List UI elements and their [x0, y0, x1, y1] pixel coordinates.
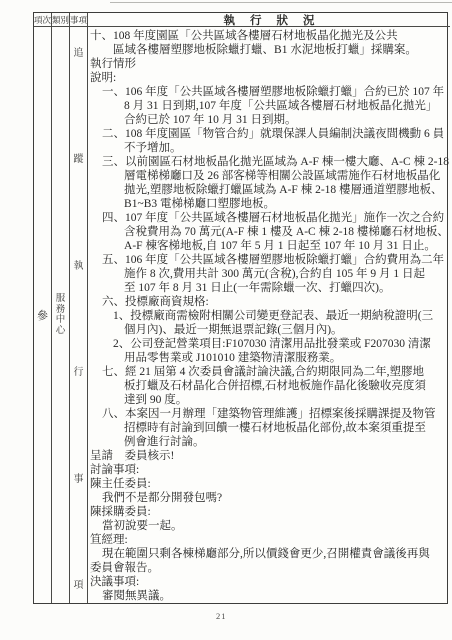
- execution-status-header: 執行狀況: [88, 13, 450, 27]
- content-line: 個月內)、最近一期無退票記錄(三個月內)。: [90, 323, 449, 337]
- content-line: 拋光,塑膠地板除蠟打蠟區域為 A-F 棟 2-18 樓層通道塑膠地板、: [90, 183, 449, 197]
- content-line: 招標時有討論到回饋一樓石材地板晶化部份,故本案須重提至: [90, 421, 449, 435]
- content-line: 七、經 21 屆第 4 次委員會議討論決議,合約期限同為二年,塑膠地: [90, 365, 449, 379]
- vertical-char: 追: [74, 44, 84, 59]
- content-line: 施作 8 次,費用共計 300 萬元(含稅),合約自 105 年 9 月 1 日…: [90, 267, 449, 281]
- content-line: 六、投標廠商資規格:: [90, 295, 449, 309]
- content-line: B1~B3 電梯梯廳口塑膠地板。: [90, 197, 449, 211]
- page-number: 21: [216, 611, 227, 621]
- matter-header: 事項: [70, 13, 87, 27]
- column-matter: 事項 追蹤執行事項: [70, 13, 88, 603]
- content-line: 二、108 年度園區「物管合約」就環保課人員編制決議夜間機動 6 員: [90, 127, 449, 141]
- content-line: 四、107 年度「公共區域各樓層石材地板晶化拋光」施作一次之合約: [90, 211, 449, 225]
- content-line: 不予增加。: [90, 141, 449, 155]
- vertical-char: 心: [56, 326, 66, 337]
- content-line: A-F 棟客梯地板,自 107 年 5 月 1 日起至 107 年 10 月 3…: [90, 239, 449, 253]
- minutes-table: 項次 參 類別 服務中心 事項 追蹤執行事項 執行狀況 十、108 年度園區「公…: [33, 12, 448, 604]
- content-line: 說明:: [90, 71, 449, 85]
- content-line: 委員會報告。: [90, 561, 449, 575]
- column-execution-status: 執行狀況 十、108 年度園區「公共區域各樓層石材地板晶化拋光及公共區域各樓層塑…: [88, 13, 450, 603]
- content-line: 達到 90 度。: [90, 393, 449, 407]
- vertical-char: 執: [74, 257, 84, 272]
- content-line: 含稅費用為 70 萬元(A-F 棟 1 樓及 A-C 棟 2-18 樓梯廳石材地…: [90, 225, 449, 239]
- content-line: 五、106 年度「公共區域各樓層塑膠地板除蠟打蠟」合約費用為二年: [90, 253, 449, 267]
- content-line: 層電梯梯廳口及 26 部客梯等相關公設區域需施作石材地板晶化: [90, 169, 449, 183]
- execution-status-cell: 十、108 年度園區「公共區域各樓層石材地板晶化拋光及公共區域各樓層塑膠地板除蠟…: [88, 27, 450, 603]
- vertical-char: 項: [74, 576, 84, 591]
- vertical-char: 務: [56, 305, 66, 316]
- content-line: 八、本案因一月辦理「建築物管理維護」招標案後採購課提及物管: [90, 407, 449, 421]
- category-cell: 服務中心: [52, 27, 69, 603]
- content-line: 審閱無異議。: [90, 589, 449, 603]
- content-line: 我們不是都分開發包嗎?: [90, 491, 449, 505]
- content-line: 當初說要一起。: [90, 519, 449, 533]
- top-divider-line: [110, 2, 452, 3]
- content-line: 1、投標廠商需檢附相關公司變更登記表、最近一期納稅證明(三: [90, 309, 449, 323]
- content-line: 用品零售業或 J101010 建築物清潔服務業。: [90, 351, 449, 365]
- content-line: 8 月 31 日到期,107 年度「公共區域各樓層石材地板晶化拋光」: [90, 99, 449, 113]
- column-item-no: 項次 參: [34, 13, 52, 603]
- content-line: 一、106 年度「公共區域各樓層塑膠地板除蠟打蠟」合約已於 107 年: [90, 85, 449, 99]
- content-line: 三、以前園區石材地板晶化拋光區域為 A-F 棟一樓大廳、A-C 棟 2-18: [90, 155, 449, 169]
- content-line: 執行情形: [90, 57, 449, 71]
- content-line: 決議事項:: [90, 575, 449, 589]
- content-line: 現在範圍只剩各棟梯廳部分,所以價錢會更少,召開權責會議後再與: [90, 547, 449, 561]
- content-line: 陳主任委員:: [90, 477, 449, 491]
- content-line: 十、108 年度園區「公共區域各樓層石材地板晶化拋光及公共: [90, 29, 449, 43]
- vertical-char: 服: [56, 294, 66, 305]
- column-category: 類別 服務中心: [52, 13, 70, 603]
- vertical-char: 事: [74, 470, 84, 485]
- vertical-char: 蹤: [74, 150, 84, 165]
- content-line: 合約已於 107 年 10 月 31 日到期。: [90, 113, 449, 127]
- item-no-cell: 參: [34, 27, 51, 603]
- content-line: 陳採購委員:: [90, 505, 449, 519]
- content-line: 呈請 委員核示!: [90, 449, 449, 463]
- matter-cell: 追蹤執行事項: [70, 27, 87, 603]
- content-line: 板打蠟及石材晶化合併招標,石材地板施作晶化後驗收亮度須: [90, 379, 449, 393]
- content-line: 例會進行討論。: [90, 435, 449, 449]
- content-line: 區域各樓層塑膠地板除蠟打蠟、B1 水泥地板打蠟」採購案。: [90, 43, 449, 57]
- content-line: 討論事項:: [90, 463, 449, 477]
- content-line: 笪經理:: [90, 533, 449, 547]
- vertical-char: 中: [56, 315, 66, 326]
- item-no-header: 項次: [34, 13, 51, 27]
- category-header: 類別: [52, 13, 69, 27]
- vertical-char: 行: [74, 363, 84, 378]
- content-line: 至 107 年 8 月 31 日止(一年需除蠟一次、打蠟四次)。: [90, 281, 449, 295]
- content-line: 2、公司登記營業項目:F107030 清潔用品批發業或 F207030 清潔: [90, 337, 449, 351]
